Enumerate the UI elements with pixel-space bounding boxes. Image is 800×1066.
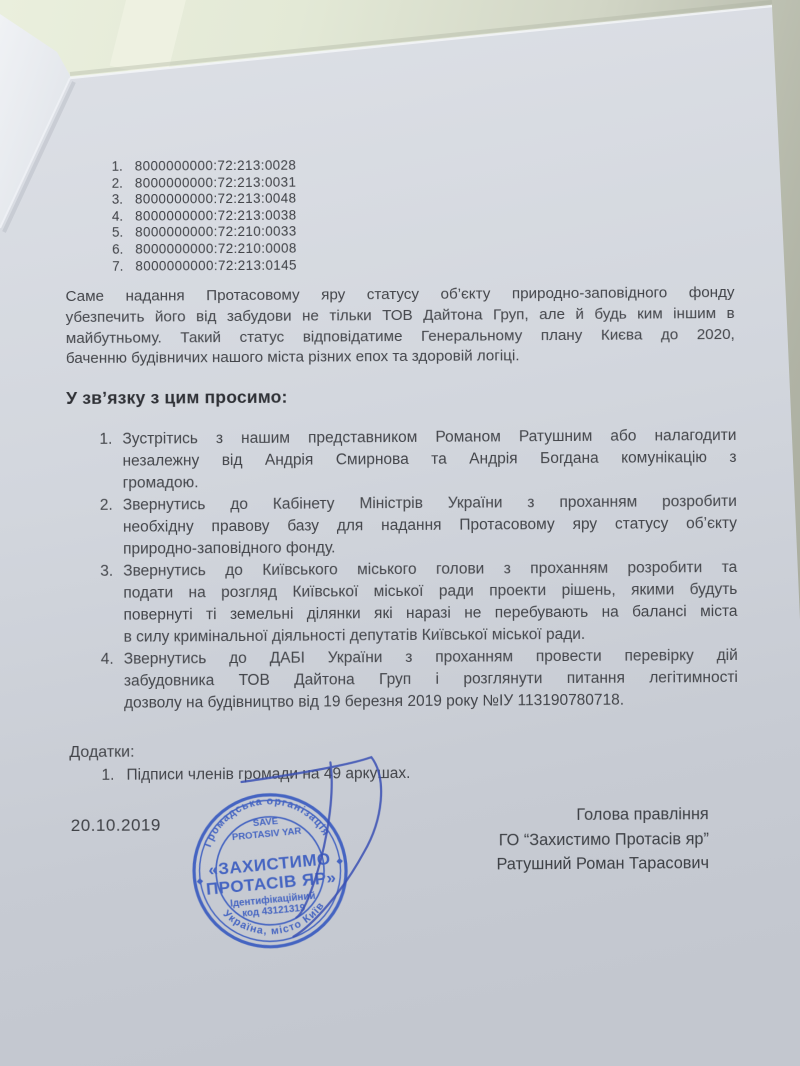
signer-organization: ГО “Захистимо Протасів яр”	[496, 827, 709, 853]
cadastral-number: 8000000000:72:210:0033	[99, 224, 297, 242]
signature-block: Голова правління ГО “Захистимо Протасів …	[496, 802, 709, 877]
text-line: дозволу на будівництво від 19 березня 20…	[124, 689, 738, 715]
request-item: Звернутись до Кабінету Міністрів України…	[100, 491, 737, 561]
signer-name: Ратушний Роман Тарасович	[496, 851, 709, 877]
text-line: необхідну правову базу для надання Прота…	[123, 513, 737, 539]
cadastral-number: 8000000000:72:213:0145	[99, 257, 297, 275]
request-item: Звернутись до Київського міського голови…	[100, 557, 738, 649]
signer-position: Голова правління	[496, 802, 709, 828]
text-line: повернуті ті земельні ділянки які наразі…	[123, 601, 737, 627]
attachments-heading: Додатки:	[69, 744, 134, 762]
cadastral-number: 8000000000:72:213:0031	[99, 174, 297, 192]
stamp-diamond-right	[336, 858, 343, 865]
organization-stamp: Громадська організація Україна, місто Ки…	[161, 762, 379, 980]
stamp-diamond-left	[196, 878, 203, 885]
cadastral-number: 8000000000:72:213:0028	[99, 158, 297, 176]
cadastral-number: 8000000000:72:213:0038	[99, 207, 297, 225]
request-list: Зустрітись з нашим представником Романом…	[99, 425, 738, 715]
intro-paragraph: Саме надання Протасовому яру статусу об’…	[65, 283, 734, 370]
cadastral-number: 8000000000:72:210:0008	[99, 241, 297, 259]
request-heading: У зв’язку з цим просимо:	[66, 387, 288, 409]
stamp-protasiv-yar-text: PROTASIV YAR	[232, 826, 302, 843]
cadastral-number: 8000000000:72:213:0048	[99, 191, 297, 209]
text-line: незалежну від Андрія Смирнова та Андрія …	[122, 447, 736, 473]
document-page: 8000000000:72:213:0028 8000000000:72:213…	[0, 0, 800, 1066]
date-text: 20.10.2019	[71, 815, 161, 836]
text-line: забудовника ТОВ Дайтона Груп і розглянут…	[124, 667, 738, 693]
text-line: баченню будівничих нашого міста різних е…	[66, 345, 735, 370]
cadastral-number-list: 8000000000:72:213:0028 8000000000:72:213…	[99, 158, 297, 275]
request-item: Зустрітись з нашим представником Романом…	[99, 425, 736, 495]
letter-photo: 8000000000:72:213:0028 8000000000:72:213…	[0, 0, 800, 1066]
request-item: Звернутись до ДАБІ України з проханням п…	[101, 645, 738, 715]
